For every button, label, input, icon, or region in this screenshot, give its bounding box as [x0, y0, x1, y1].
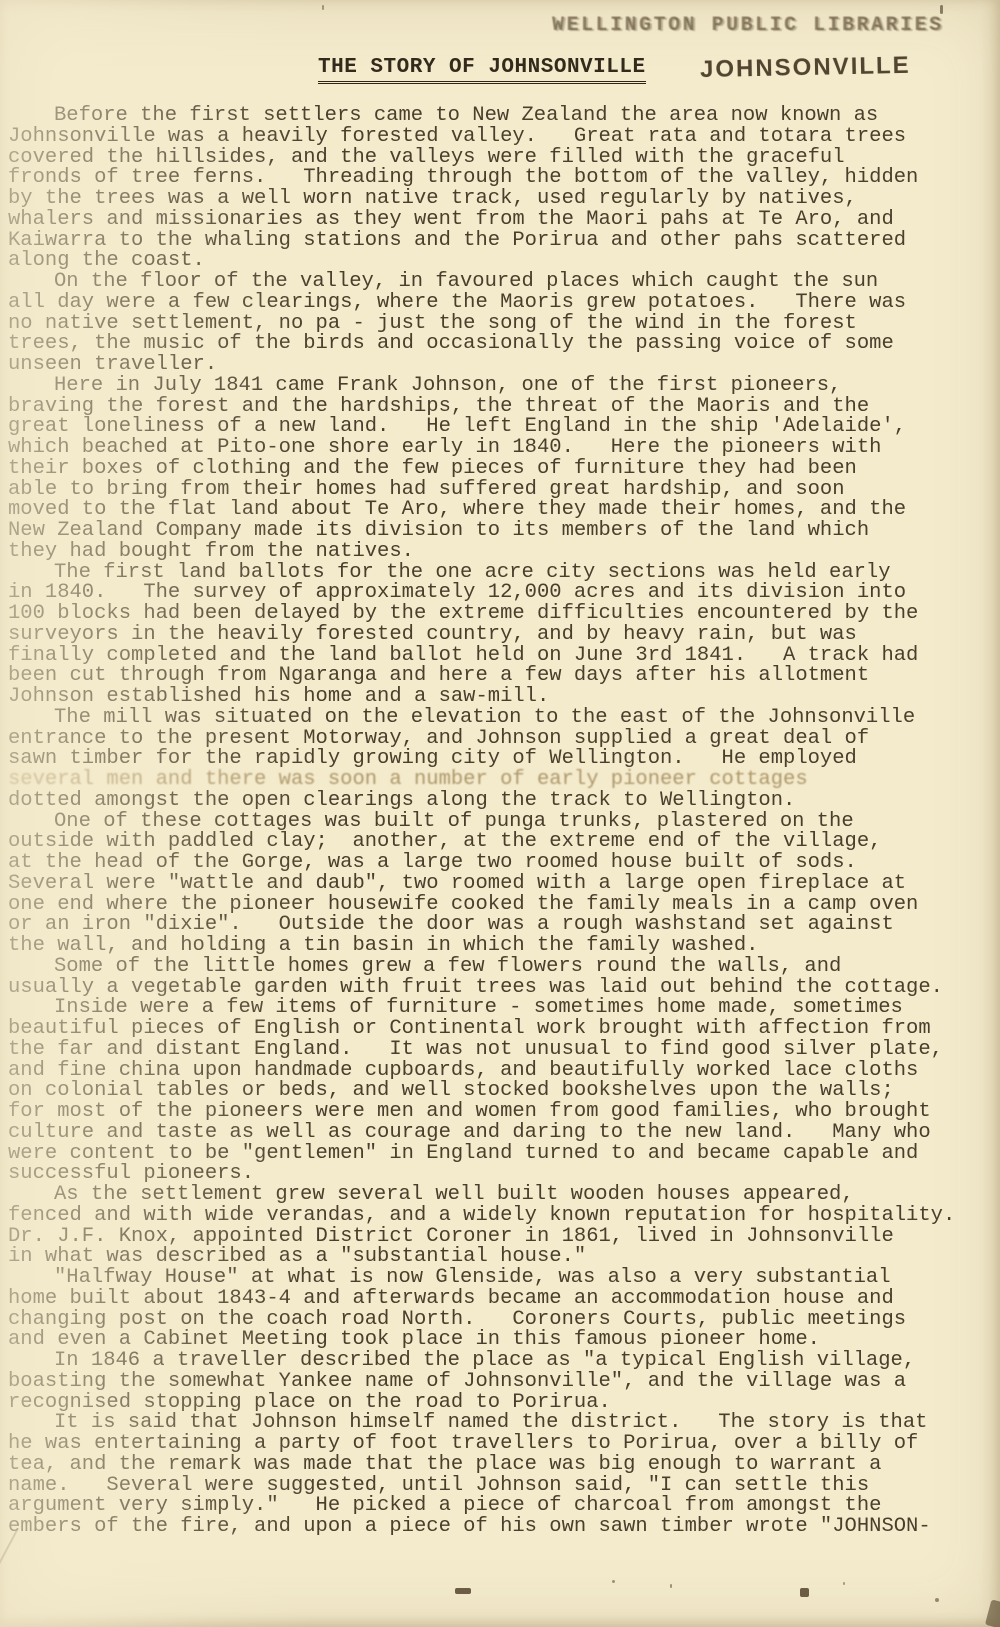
text-line: trees, the music of the birds and occasi…	[8, 334, 994, 355]
ink-speck	[670, 1584, 672, 1588]
text-line: successful pioneers.	[8, 1164, 994, 1185]
text-line: Johnsonville was a heavily forested vall…	[8, 127, 994, 148]
text-line: 100 blocks had been delayed by the extre…	[8, 604, 994, 625]
text-line: fronds of tree ferns. Threading through …	[8, 168, 994, 189]
text-line: Kaiwarra to the whaling stations and the…	[8, 231, 994, 252]
text-line: been cut through from Ngaranga and here …	[8, 666, 994, 687]
text-line: moved to the flat land about Te Aro, whe…	[8, 500, 994, 521]
text-line: whalers and missionaries as they went fr…	[8, 210, 994, 231]
text-line: One of these cottages was built of punga…	[8, 812, 994, 833]
text-line: On the floor of the valley, in favoured …	[8, 272, 994, 293]
text-line: The first land ballots for the one acre …	[8, 563, 994, 584]
ink-speck	[935, 1598, 939, 1602]
text-line: outside with paddled clay; another, at t…	[8, 832, 994, 853]
text-line: the wall, and holding a tin basin in whi…	[8, 936, 994, 957]
ink-speck	[800, 1588, 809, 1597]
text-line: Several were "wattle and daub", two room…	[8, 874, 994, 895]
text-line: unseen traveller.	[8, 355, 994, 376]
text-line: in 1840. The survey of approximately 12,…	[8, 583, 994, 604]
text-line: no native settlement, no pa - just the s…	[8, 314, 994, 335]
text-line: sawn timber for the rapidly growing city…	[8, 749, 994, 770]
text-line: surveyors in the heavily forested countr…	[8, 625, 994, 646]
text-line: finally completed and the land ballot he…	[8, 646, 994, 667]
text-line: dotted amongst the open clearings along …	[8, 791, 994, 812]
paragraph: Some of the little homes grew a few flow…	[8, 957, 994, 999]
text-line: braving the forest and the hardships, th…	[8, 397, 994, 418]
document-page: WELLINGTON PUBLIC LIBRARIES THE STORY OF…	[0, 0, 1000, 1627]
paragraph: The first land ballots for the one acre …	[8, 563, 994, 708]
text-line: New Zealand Company made its division to…	[8, 521, 994, 542]
text-line: argument very simply." He picked a piece…	[8, 1496, 994, 1517]
paragraph: The mill was situated on the elevation t…	[8, 708, 994, 812]
text-line: beautiful pieces of English or Continent…	[8, 1019, 994, 1040]
text-line: for most of the pioneers were men and wo…	[8, 1102, 994, 1123]
paragraph: One of these cottages was built of punga…	[8, 812, 994, 957]
text-line: Dr. J.F. Knox, appointed District Corone…	[8, 1227, 994, 1248]
text-line: boasting the somewhat Yankee name of Joh…	[8, 1372, 994, 1393]
paragraph: On the floor of the valley, in favoured …	[8, 272, 994, 376]
text-line: recognised stopping place on the road to…	[8, 1393, 994, 1414]
text-line: In 1846 a traveller described the place …	[8, 1351, 994, 1372]
paragraph: As the settlement grew several well buil…	[8, 1185, 994, 1268]
paper-crease	[0, 1529, 18, 1614]
text-line: Inside were a few items of furniture - s…	[8, 998, 994, 1019]
page-title: THE STORY OF JOHNSONVILLE	[318, 56, 646, 84]
paragraph: In 1846 a traveller described the place …	[8, 1351, 994, 1413]
ink-speck	[940, 5, 943, 14]
ink-speck	[322, 5, 324, 10]
text-line: Before the first settlers came to New Ze…	[8, 106, 994, 127]
paragraph: "Halfway House" at what is now Glenside,…	[8, 1268, 994, 1351]
paper-tear	[985, 1599, 1000, 1627]
text-line: their boxes of clothing and the few piec…	[8, 459, 994, 480]
text-line: The mill was situated on the elevation t…	[8, 708, 994, 729]
text-line: at the head of the Gorge, was a large tw…	[8, 853, 994, 874]
text-line: covered the hillsides, and the valleys w…	[8, 148, 994, 169]
text-line: It is said that Johnson himself named th…	[8, 1413, 994, 1434]
document-body: Before the first settlers came to New Ze…	[8, 106, 994, 1538]
text-line: Johnson established his home and a saw-m…	[8, 687, 994, 708]
paragraph: Inside were a few items of furniture - s…	[8, 998, 994, 1185]
text-line: home built about 1843-4 and afterwards b…	[8, 1289, 994, 1310]
text-line: in what was described as a "substantial …	[8, 1247, 994, 1268]
text-line: Here in July 1841 came Frank Johnson, on…	[8, 376, 994, 397]
text-line: they had bought from the natives.	[8, 542, 994, 563]
text-line: embers of the fire, and upon a piece of …	[8, 1517, 994, 1538]
text-line: great loneliness of a new land. He left …	[8, 417, 994, 438]
text-line: which beached at Pito-one shore early in…	[8, 438, 994, 459]
text-line: and fine china upon handmade cupboards, …	[8, 1061, 994, 1082]
text-line: changing post on the coach road North. C…	[8, 1310, 994, 1331]
text-line: along the coast.	[8, 251, 994, 272]
text-line: "Halfway House" at what is now Glenside,…	[8, 1268, 994, 1289]
ink-speck	[612, 1580, 615, 1583]
ink-speck	[843, 1582, 845, 1585]
paragraph: Before the first settlers came to New Ze…	[8, 106, 994, 272]
paragraph: It is said that Johnson himself named th…	[8, 1413, 994, 1538]
text-line: several men and there was soon a number …	[8, 770, 994, 791]
text-line: one end where the pioneer housewife cook…	[8, 895, 994, 916]
text-line: Some of the little homes grew a few flow…	[8, 957, 994, 978]
text-line: tea, and the remark was made that the pl…	[8, 1455, 994, 1476]
text-line: entrance to the present Motorway, and Jo…	[8, 729, 994, 750]
text-line: able to bring from their homes had suffe…	[8, 480, 994, 501]
text-line: on colonial tables or beds, and well sto…	[8, 1081, 994, 1102]
library-stamp: WELLINGTON PUBLIC LIBRARIES	[552, 14, 944, 37]
text-line: he was entertaining a party of foot trav…	[8, 1434, 994, 1455]
text-line: or an iron "dixie". Outside the door was…	[8, 915, 994, 936]
text-line: fenced and with wide verandas, and a wid…	[8, 1206, 994, 1227]
text-line: the far and distant England. It was not …	[8, 1040, 994, 1061]
johnsonville-stamp: JOHNSONVILLE	[700, 52, 911, 84]
text-line: name. Several were suggested, until John…	[8, 1476, 994, 1497]
text-line: As the settlement grew several well buil…	[8, 1185, 994, 1206]
paragraph: Here in July 1841 came Frank Johnson, on…	[8, 376, 994, 563]
text-line: by the trees was a well worn native trac…	[8, 189, 994, 210]
text-line: all day were a few clearings, where the …	[8, 293, 994, 314]
ink-speck	[455, 1588, 471, 1594]
text-line: culture and taste as well as courage and…	[8, 1123, 994, 1144]
text-line: and even a Cabinet Meeting took place in…	[8, 1330, 994, 1351]
text-line: usually a vegetable garden with fruit tr…	[8, 978, 994, 999]
text-line: were content to be "gentlemen" in Englan…	[8, 1144, 994, 1165]
